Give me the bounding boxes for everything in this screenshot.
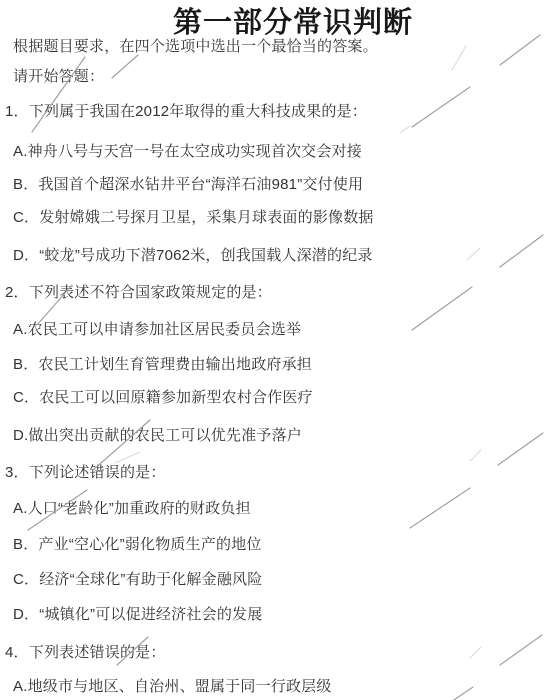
question-1-stem: 1．下列属于我国在2012年取得的重大科技成果的是： <box>5 103 367 120</box>
question-2-option-b: B．农民工计划生育管理费由输出地政府承担 <box>13 356 312 373</box>
start-prompt: 请开始答题： <box>13 68 104 85</box>
question-2-option-d: D.做出突出贡献的农民工可以优先准予落户 <box>13 427 302 444</box>
question-4-option-a: A.地级市与地区、自治州、盟属于同一行政层级 <box>13 678 332 695</box>
question-3-option-c: C．经济“全球化”有助于化解金融风险 <box>13 571 262 588</box>
question-1-option-c: C．发射嫦娥二号探月卫星，采集月球表面的影像数据 <box>13 209 374 226</box>
question-3-option-a: A.人口“老龄化”加重政府的财政负担 <box>13 500 251 517</box>
question-2-option-a: A.农民工可以申请参加社区居民委员会选举 <box>13 321 301 338</box>
question-1-option-d: D．“蛟龙”号成功下潜7062米，创我国载人深潜的纪录 <box>13 247 373 264</box>
question-2-stem: 2．下列表述不符合国家政策规定的是： <box>5 284 272 301</box>
question-2-option-c: C．农民工可以回原籍参加新型农村合作医疗 <box>13 389 313 406</box>
exam-document-page: 第一部分常识判断 根据题目要求，在四个选项中选出一个最恰当的答案。 请开始答题：… <box>0 0 550 700</box>
question-3-option-b: B．产业“空心化”弱化物质生产的地位 <box>13 536 262 553</box>
question-3-option-d: D．“城镇化”可以促进经济社会的发展 <box>13 606 262 623</box>
page-title: 第一部分常识判断 <box>18 0 550 41</box>
question-3-stem: 3．下列论述错误的是： <box>5 464 166 481</box>
question-1-option-a: A.神舟八号与天宫一号在太空成功实现首次交会对接 <box>13 143 362 160</box>
question-4-stem: 4．下列表述错误的是： <box>5 644 166 661</box>
instruction-text: 根据题目要求，在四个选项中选出一个最恰当的答案。 <box>13 38 378 55</box>
question-1-option-b: B．我国首个超深水钻井平台“海洋石油981”交付使用 <box>13 176 363 193</box>
